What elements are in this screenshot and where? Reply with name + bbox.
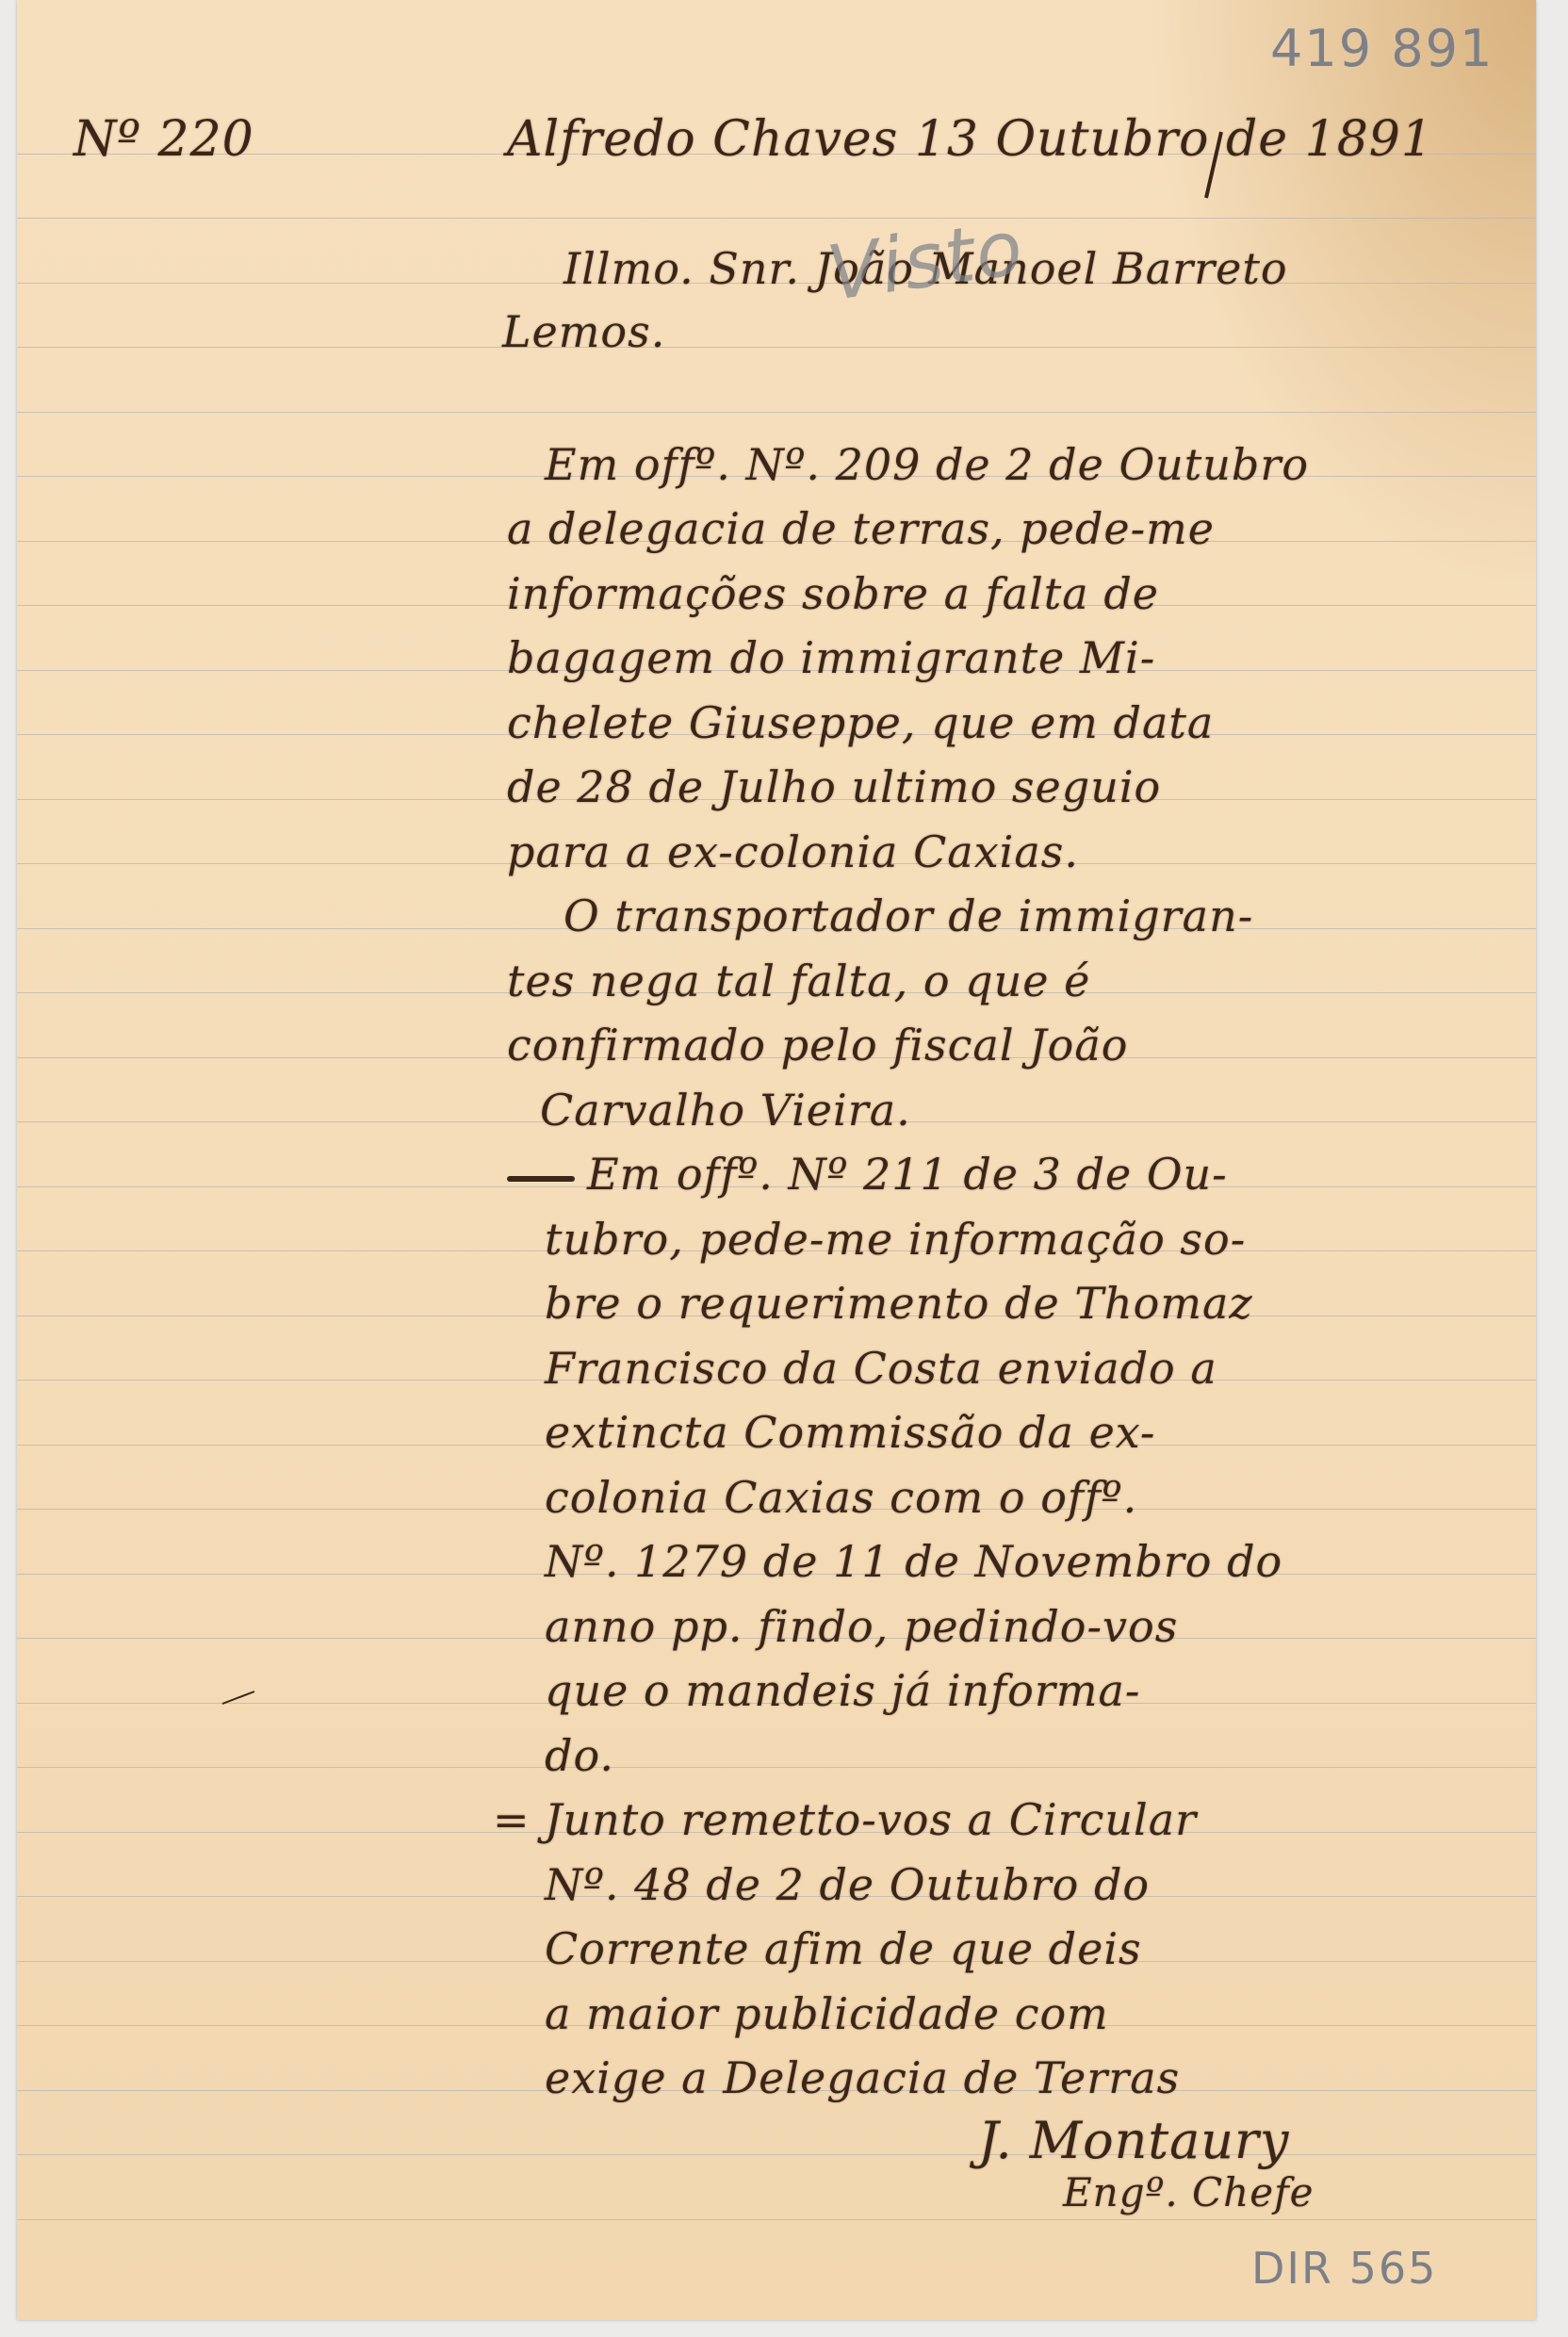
letter-sheet: 419 891 Nº 220 Alfredo Chaves 13 Outubro… bbox=[17, 0, 1536, 2320]
margin-marks bbox=[17, 0, 1536, 2320]
